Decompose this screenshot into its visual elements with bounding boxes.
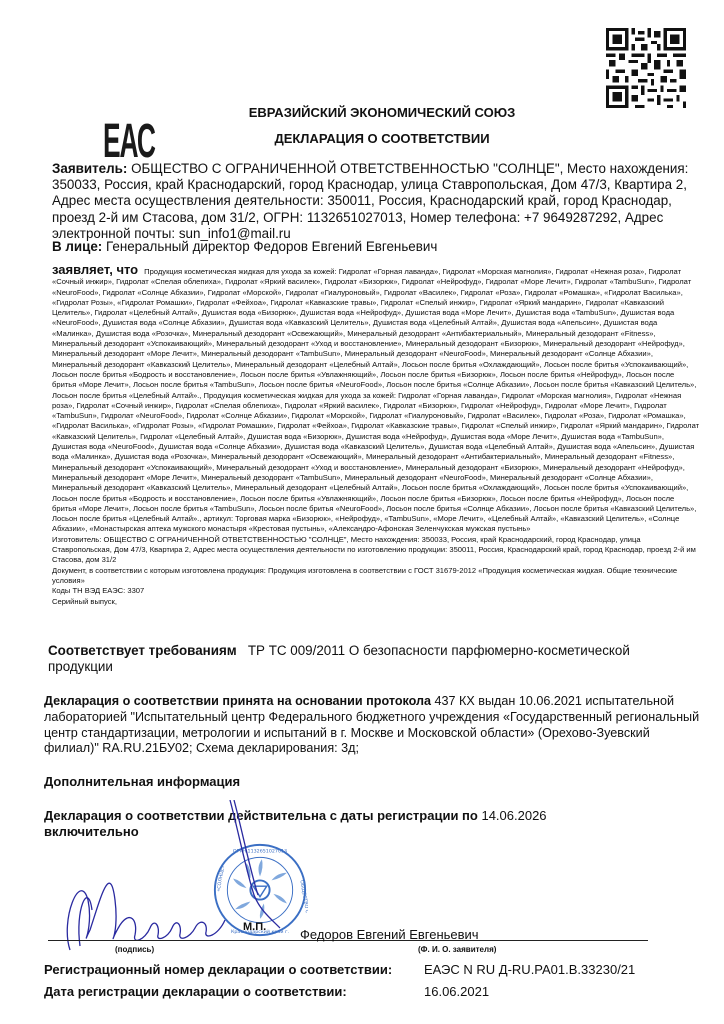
registration-date-label: Дата регистрации декларации о соответств…: [44, 984, 347, 999]
applicant-label: Заявитель:: [52, 161, 127, 176]
tn-ved-codes: Коды ТН ВЭД ЕАЭС: 3307: [52, 586, 700, 596]
conformity-section: Соответствует требованиям ТР ТС 009/2011…: [48, 643, 688, 675]
signer-name: Федоров Евгений Евгеньевич: [300, 927, 479, 942]
fio-caption: (Ф. И. О. заявителя): [418, 945, 496, 954]
products-list: Продукция косметическая жидкая для ухода…: [52, 267, 699, 533]
stamp-place-label: М.П.: [243, 921, 266, 933]
signature-icon: [60, 800, 340, 960]
registration-number: ЕАЭС N RU Д-RU.PA01.B.33230/21: [424, 962, 635, 977]
conformity-label: Соответствует требованиям: [48, 643, 237, 658]
validity-date: 14.06.2026: [481, 808, 546, 823]
declares-label: заявляет, что: [52, 262, 138, 277]
signature-caption: (подпись): [115, 945, 154, 954]
union-name: ЕВРАЗИЙСКИЙ ЭКОНОМИЧЕСКИЙ СОЮЗ: [0, 105, 724, 120]
declaration-body: заявляет, чтоПродукция косметическая жид…: [52, 265, 700, 607]
representative-section: В лице: Генеральный директор Федоров Евг…: [52, 239, 692, 254]
applicant-section: Заявитель: ОБЩЕСТВО С ОГРАНИЧЕННОЙ ОТВЕТ…: [52, 161, 692, 242]
representative-text: Генеральный директор Федоров Евгений Евг…: [106, 239, 437, 254]
serial-production: Серийный выпуск,: [52, 597, 700, 607]
qr-code-icon: [606, 28, 686, 108]
applicant-text: ОБЩЕСТВО С ОГРАНИЧЕННОЙ ОТВЕТСТВЕННОСТЬЮ…: [52, 161, 688, 241]
document-title: ДЕКЛАРАЦИЯ О СООТВЕТСТВИИ: [0, 131, 724, 146]
representative-label: В лице:: [52, 239, 102, 254]
registration-date: 16.06.2021: [424, 984, 489, 999]
protocol-section: Декларация о соответствии принята на осн…: [44, 694, 704, 757]
additional-info-label: Дополнительная информация: [44, 774, 240, 789]
manufacturer: Изготовитель: ОБЩЕСТВО С ОГРАНИЧЕННОЙ ОТ…: [52, 535, 700, 566]
registration-number-label: Регистрационный номер декларации о соотв…: [44, 962, 392, 977]
standard-document: Документ, в соответствии с которым изгот…: [52, 566, 700, 587]
protocol-label: Декларация о соответствии принята на осн…: [44, 694, 431, 708]
